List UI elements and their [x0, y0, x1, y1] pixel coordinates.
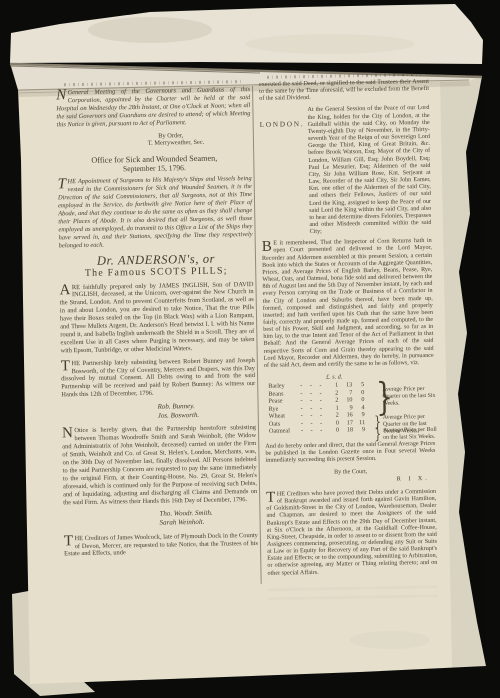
table-row: Oatmeal- - -0189: [269, 426, 373, 435]
pence: 9: [353, 426, 365, 434]
signature: Jos. Bosworth.: [158, 410, 256, 420]
drop-cap: T: [58, 179, 67, 191]
surgeons-notice: THE Appointment of Surgeons to His Majes…: [58, 175, 253, 250]
notice-text: General Meeting of the Governours and Gu…: [56, 86, 250, 128]
woolcock-creditors-notice: THE Creditors of James Woolcock, late of…: [64, 532, 258, 559]
clerk-name: R I X.: [266, 476, 436, 486]
notice-text: HE Appointment of Surgeons to His Majest…: [58, 175, 253, 249]
price-rows: Barley- - -1135 Beans- - -270 Pease- - -…: [268, 381, 373, 435]
bunney-partnership-notice: THE Partnership lately subsisting betwee…: [61, 357, 256, 400]
drop-cap: T: [61, 360, 70, 372]
average-price-table: £. s. d. Barley- - -1135 Beans- - -270 P…: [268, 372, 435, 441]
table-brace: }: [374, 427, 381, 442]
drop-cap: N: [62, 428, 73, 440]
drop-cap: A: [59, 284, 70, 296]
deed-fragment: executed the said Deed, or signified to …: [259, 79, 429, 103]
gazette-order-text: And do hereby order and direct, that the…: [265, 441, 435, 465]
session-text: At the General Session of the Peace of o…: [307, 105, 431, 236]
drop-cap: N: [56, 89, 66, 101]
notice-text: Otice is hereby given, that the Partners…: [62, 424, 257, 506]
leader-dashes: - - -: [301, 427, 327, 435]
scots-pills-notice: ARE faithfully prepared only by JAMES IN…: [59, 280, 254, 355]
right-column: executed the said Deed, or signified to …: [259, 73, 438, 602]
notice-text: HE Partnership lately subsisting between…: [61, 357, 255, 399]
hamilton-creditors-notice: THE Creditors who have proved their Debt…: [266, 489, 437, 578]
table-group-note: Average Price per Boll on the last Six W…: [383, 427, 439, 442]
pounds: 0: [327, 427, 339, 435]
smith-partnership-notice: NOtice is hereby given, that the Partner…: [62, 424, 257, 506]
smith-signatures: Tho. Woodr. Smith. Sarah Weinholt.: [159, 508, 257, 527]
fold-clipped-text-line: [64, 80, 242, 86]
table-group-note: Average Price per Quarter on the last Si…: [382, 386, 438, 407]
notice-text: HE Creditors of James Woolcock, late of …: [64, 532, 258, 558]
drop-cap: B: [262, 241, 272, 253]
governors-meeting-notice: NGeneral Meeting of the Governours and G…: [56, 86, 251, 129]
signature: Sarah Weinholt.: [160, 517, 258, 527]
drop-cap: T: [266, 492, 275, 504]
photographed-newspaper-page: NGeneral Meeting of the Governours and G…: [0, 0, 500, 698]
anderson-heading-line2: The Famous SCOTS PILLS;: [59, 264, 253, 279]
notice-text: RE faithfully prepared only by JAMES ING…: [60, 280, 255, 354]
london-session-block: LONDON. At the General Session of the Pe…: [259, 105, 431, 237]
show-through-ghost-text: [268, 581, 438, 602]
notice-text: E it remembered, That the Inspector of C…: [262, 238, 434, 369]
shillings: 18: [339, 426, 353, 434]
london-label: LONDON.: [259, 107, 309, 237]
bunney-signatures: Rob. Bunney. Jos. Bosworth.: [158, 401, 256, 420]
commodity: Oatmeal: [269, 427, 301, 435]
currency-header: £. s. d.: [326, 374, 342, 382]
drop-cap: T: [64, 535, 73, 547]
notice-text: HE Creditors who have proved their Debts…: [266, 489, 437, 577]
left-column: NGeneral Meeting of the Governours and G…: [56, 80, 258, 564]
fold-clipped-text-line: [267, 73, 421, 79]
page-content: NGeneral Meeting of the Governours and G…: [0, 0, 500, 698]
corn-returns-notice: BE it remembered, That the Inspector of …: [262, 238, 434, 370]
